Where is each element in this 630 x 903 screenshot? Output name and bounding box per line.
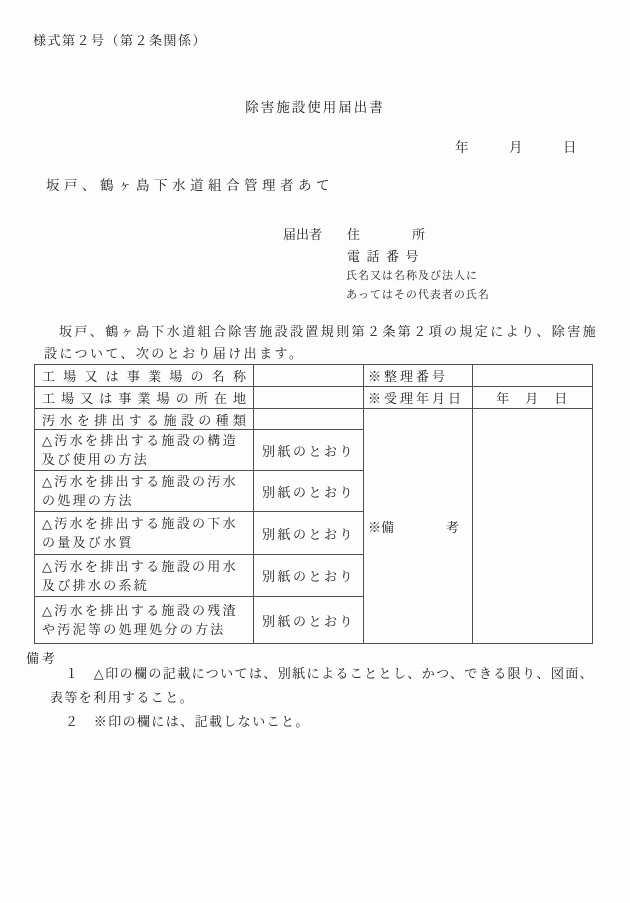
declarant-line-address: 届出者住 所 [283,224,490,246]
sludge-disposal-label-cell: △汚水を排出する施設の残渣 や汚泥等の処理処分の方法 [35,597,254,644]
declarant-block: 届出者住 所 電話番号 氏名又は名称及び法人に あってはその代表者の氏名 [283,224,490,305]
remarks-value-cell [473,409,593,644]
table-row-name: 工場又は事業場の名称 ※整理番号 [35,365,593,387]
declarant-address-label: 住 所 [347,227,425,242]
sewage-quality-value-cell: 別紙のとおり [254,512,364,555]
date-placeholder: 年 月 日 [455,136,577,156]
addressee-line: 坂戸、鶴ヶ島下水道組合管理者あて [46,174,334,194]
remarks-label-cell: ※備 考 [364,409,473,644]
sludge-disposal-value-cell: 別紙のとおり [254,597,364,644]
structure-usage-value-cell: 別紙のとおり [254,430,364,471]
name-label-cell: 工場又は事業場の名称 [35,365,254,387]
declarant-label: 届出者 [283,227,322,242]
facility-type-label-cell: 汚水を排出する施設の種類 [35,409,254,430]
address-label-cell: 工場又は事業場の所在地 [35,387,254,409]
declarant-phone-label: 電話番号 [347,246,490,267]
reference-number-value-cell [473,365,593,387]
acceptance-date-value-cell: 年 月 日 [473,387,593,409]
notes-list: １ △印の欄の記載については、別紙によることとし、かつ、できる限り、図面、 表等… [50,662,606,734]
document-title: 除害施設使用届出書 [0,96,630,116]
name-value-cell [254,365,364,387]
document-page: 様式第２号（第２条関係） 除害施設使用届出書 年 月 日 坂戸、鶴ヶ島下水道組合… [0,0,630,903]
declarant-name-note-line2: あってはその代表者の氏名 [346,286,490,305]
declarant-name-note-line1: 氏名又は名称及び法人に [346,267,490,286]
acceptance-date-label-cell: ※受理年月日 [364,387,473,409]
water-system-value-cell: 別紙のとおり [254,555,364,597]
note-item-1: １ △印の欄の記載については、別紙によることとし、かつ、できる限り、図面、 表等… [50,662,606,710]
application-table: 工場又は事業場の名称 ※整理番号 工場又は事業場の所在地 ※受理年月日 年 月 … [34,364,593,644]
sewage-quality-label-cell: △汚水を排出する施設の下水 の量及び水質 [35,512,254,555]
table-row-address: 工場又は事業場の所在地 ※受理年月日 年 月 日 [35,387,593,409]
intro-paragraph: 坂戸、鶴ヶ島下水道組合除害施設設置規則第２条第２項の規定により、除害施設について… [44,321,606,365]
structure-usage-label-cell: △汚水を排出する施設の構造 及び使用の方法 [35,430,254,471]
note-item-2: ２ ※印の欄には、記載しないこと。 [50,710,606,734]
address-value-cell [254,387,364,409]
treatment-method-value-cell: 別紙のとおり [254,471,364,512]
form-number: 様式第２号（第２条関係） [33,30,207,49]
facility-type-value-cell [254,409,364,430]
reference-number-label-cell: ※整理番号 [364,365,473,387]
treatment-method-label-cell: △汚水を排出する施設の汚水 の処理の方法 [35,471,254,512]
water-system-label-cell: △汚水を排出する施設の用水 及び排水の系統 [35,555,254,597]
table-row-facility-type: 汚水を排出する施設の種類 ※備 考 [35,409,593,430]
